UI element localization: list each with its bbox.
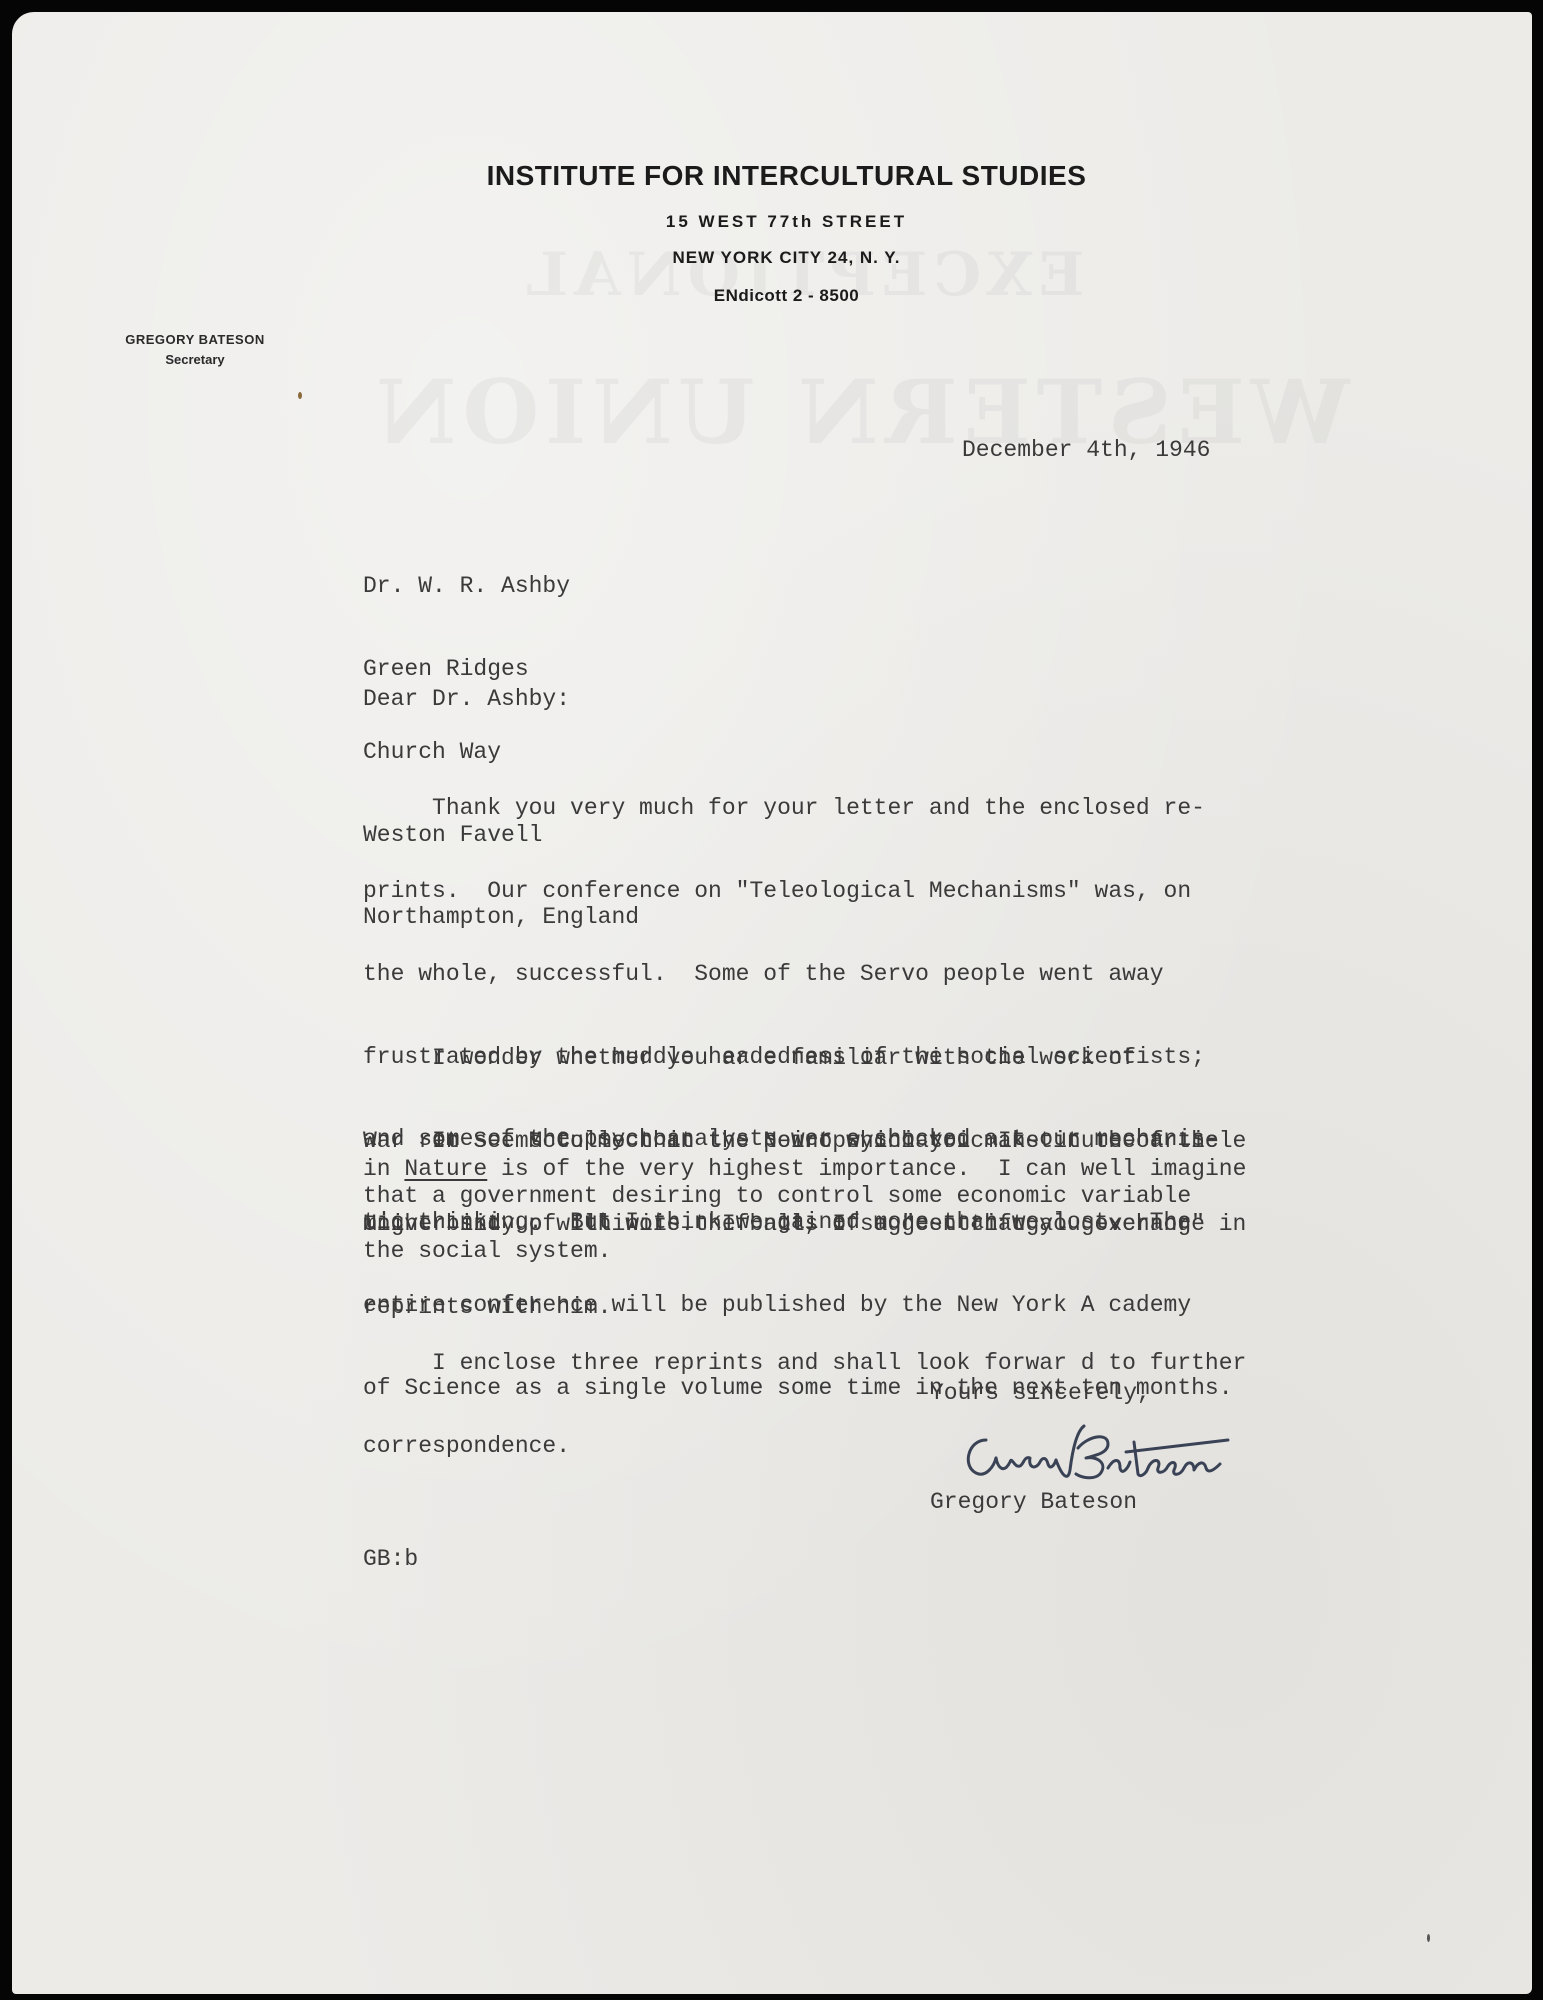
body-text: is of the very highest importance. I can… [363, 1156, 1246, 1265]
reference-initials: GB:b [363, 1546, 418, 1574]
address-line: Green Ridges [363, 656, 639, 684]
body-line: I wonder whether you ar e familiar with … [363, 1045, 1219, 1073]
body-paragraph-3: It seems to me that the point which you … [363, 1128, 1246, 1266]
letterhead-organization: INSTITUTE FOR INTERCULTURAL STUDIES [0, 160, 1543, 192]
journal-title-underlined: Nature [404, 1156, 487, 1182]
body-line: the whole, successful. Some of the Servo… [363, 961, 1233, 989]
letterhead-street: 15 WEST 77th STREET [0, 212, 1543, 232]
sender-name-label: GREGORY BATESON [100, 332, 290, 347]
paper-speck [298, 392, 302, 399]
typed-signature-name: Gregory Bateson [930, 1489, 1137, 1517]
body-line: I enclose three reprints and shall look … [363, 1350, 1246, 1378]
complimentary-close: Yours sincerely, [930, 1380, 1151, 1408]
body-line: Thank you very much for your letter and … [363, 795, 1233, 823]
letterhead-city: NEW YORK CITY 24, N. Y. [0, 248, 1543, 268]
paper-speck [1427, 1934, 1430, 1942]
body-line: prints. Our conference on "Teleological … [363, 878, 1233, 906]
address-line: Dr. W. R. Ashby [363, 573, 639, 601]
salutation: Dear Dr. Ashby: [363, 686, 570, 714]
handwritten-signature [958, 1418, 1238, 1488]
sender-title-label: Secretary [100, 352, 290, 367]
letter-date: December 4th, 1946 [962, 437, 1210, 465]
letterhead-phone: ENdicott 2 - 8500 [0, 286, 1543, 306]
